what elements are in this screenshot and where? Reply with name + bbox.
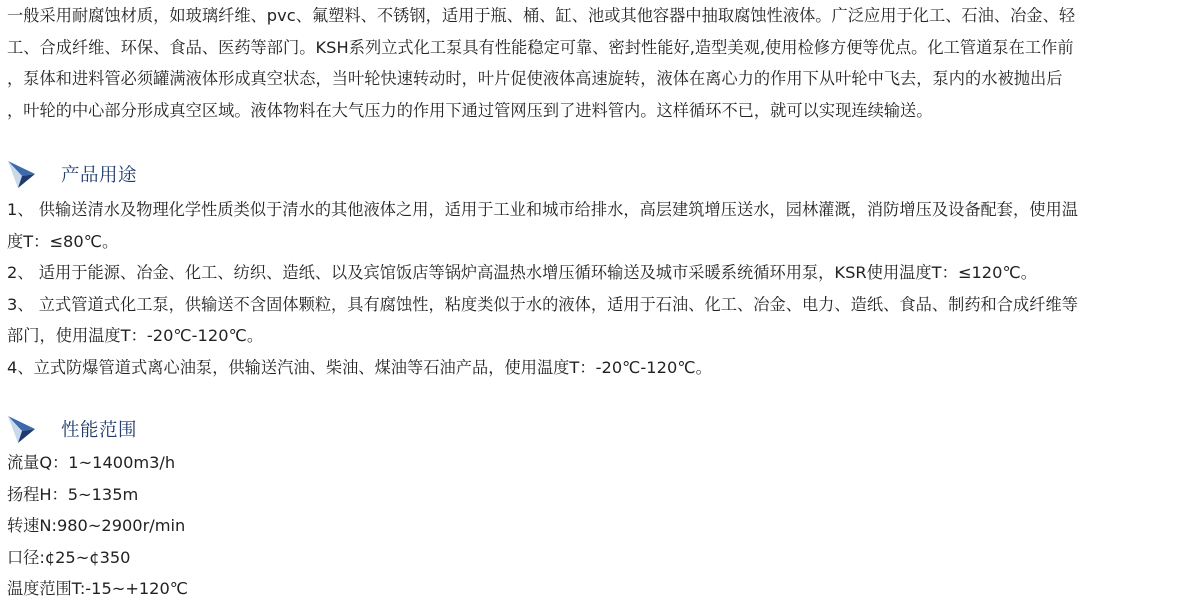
intro-paragraph: 一般采用耐腐蚀材质，如玻璃纤维、pvc、氟塑料、不锈钢，适用于瓶、桶、缸、池或其… [7,0,1195,126]
usage-line: 部门，使用温度T：-20℃-120℃。 [7,320,1195,352]
intro-line: ，叶轮的中心部分形成真空区域。液体物料在大气压力的作用下通过管网压到了进料管内。… [7,95,1195,127]
usage-line: 4、立式防爆管道式离心油泵，供输送汽油、柴油、煤油等石油产品，使用温度T：-20… [7,352,1195,384]
arrow-bullet-icon [7,414,37,444]
spec-temperature: 温度范围T:-15~+120℃ [7,573,188,600]
section-title-usage: 产品用途 [61,161,137,187]
product-page: 一般采用耐腐蚀材质，如玻璃纤维、pvc、氟塑料、不锈钢，适用于瓶、桶、缸、池或其… [0,0,1200,600]
arrow-bullet-icon [7,159,37,189]
intro-line: 一般采用耐腐蚀材质，如玻璃纤维、pvc、氟塑料、不锈钢，适用于瓶、桶、缸、池或其… [7,0,1195,32]
usage-line: 1、 供输送清水及物理化学性质类似于清水的其他液体之用，适用于工业和城市给排水，… [7,194,1195,226]
section-title-performance: 性能范围 [61,416,137,442]
spec-speed: 转速N:980~2900r/min [7,510,188,542]
spec-diameter: 口径:¢25~¢350 [7,542,188,574]
usage-line: 3、 立式管道式化工泵，供输送不含固体颗粒，具有腐蚀性，粘度类似于水的液体，适用… [7,289,1195,321]
usage-line: 2、 适用于能源、冶金、化工、纺织、造纸、以及宾馆饭店等锅炉高温热水增压循环输送… [7,257,1195,289]
spec-flow-rate: 流量Q：1~1400m3/h [7,447,188,479]
usage-list: 1、 供输送清水及物理化学性质类似于清水的其他液体之用，适用于工业和城市给排水，… [7,194,1195,383]
intro-line: ，泵体和进料管必须罐满液体形成真空状态，当叶轮快速转动时，叶片促使液体高速旋转，… [7,63,1195,95]
performance-spec-list: 流量Q：1~1400m3/h 扬程H：5~135m 转速N:980~2900r/… [7,447,188,600]
section-header-usage: 产品用途 [7,157,137,191]
usage-line: 度T：≤80℃。 [7,226,1195,258]
section-header-performance: 性能范围 [7,412,137,446]
intro-line: 工、合成纤维、环保、食品、医药等部门。KSH系列立式化工泵具有性能稳定可靠、密封… [7,32,1195,64]
spec-head: 扬程H：5~135m [7,479,188,511]
